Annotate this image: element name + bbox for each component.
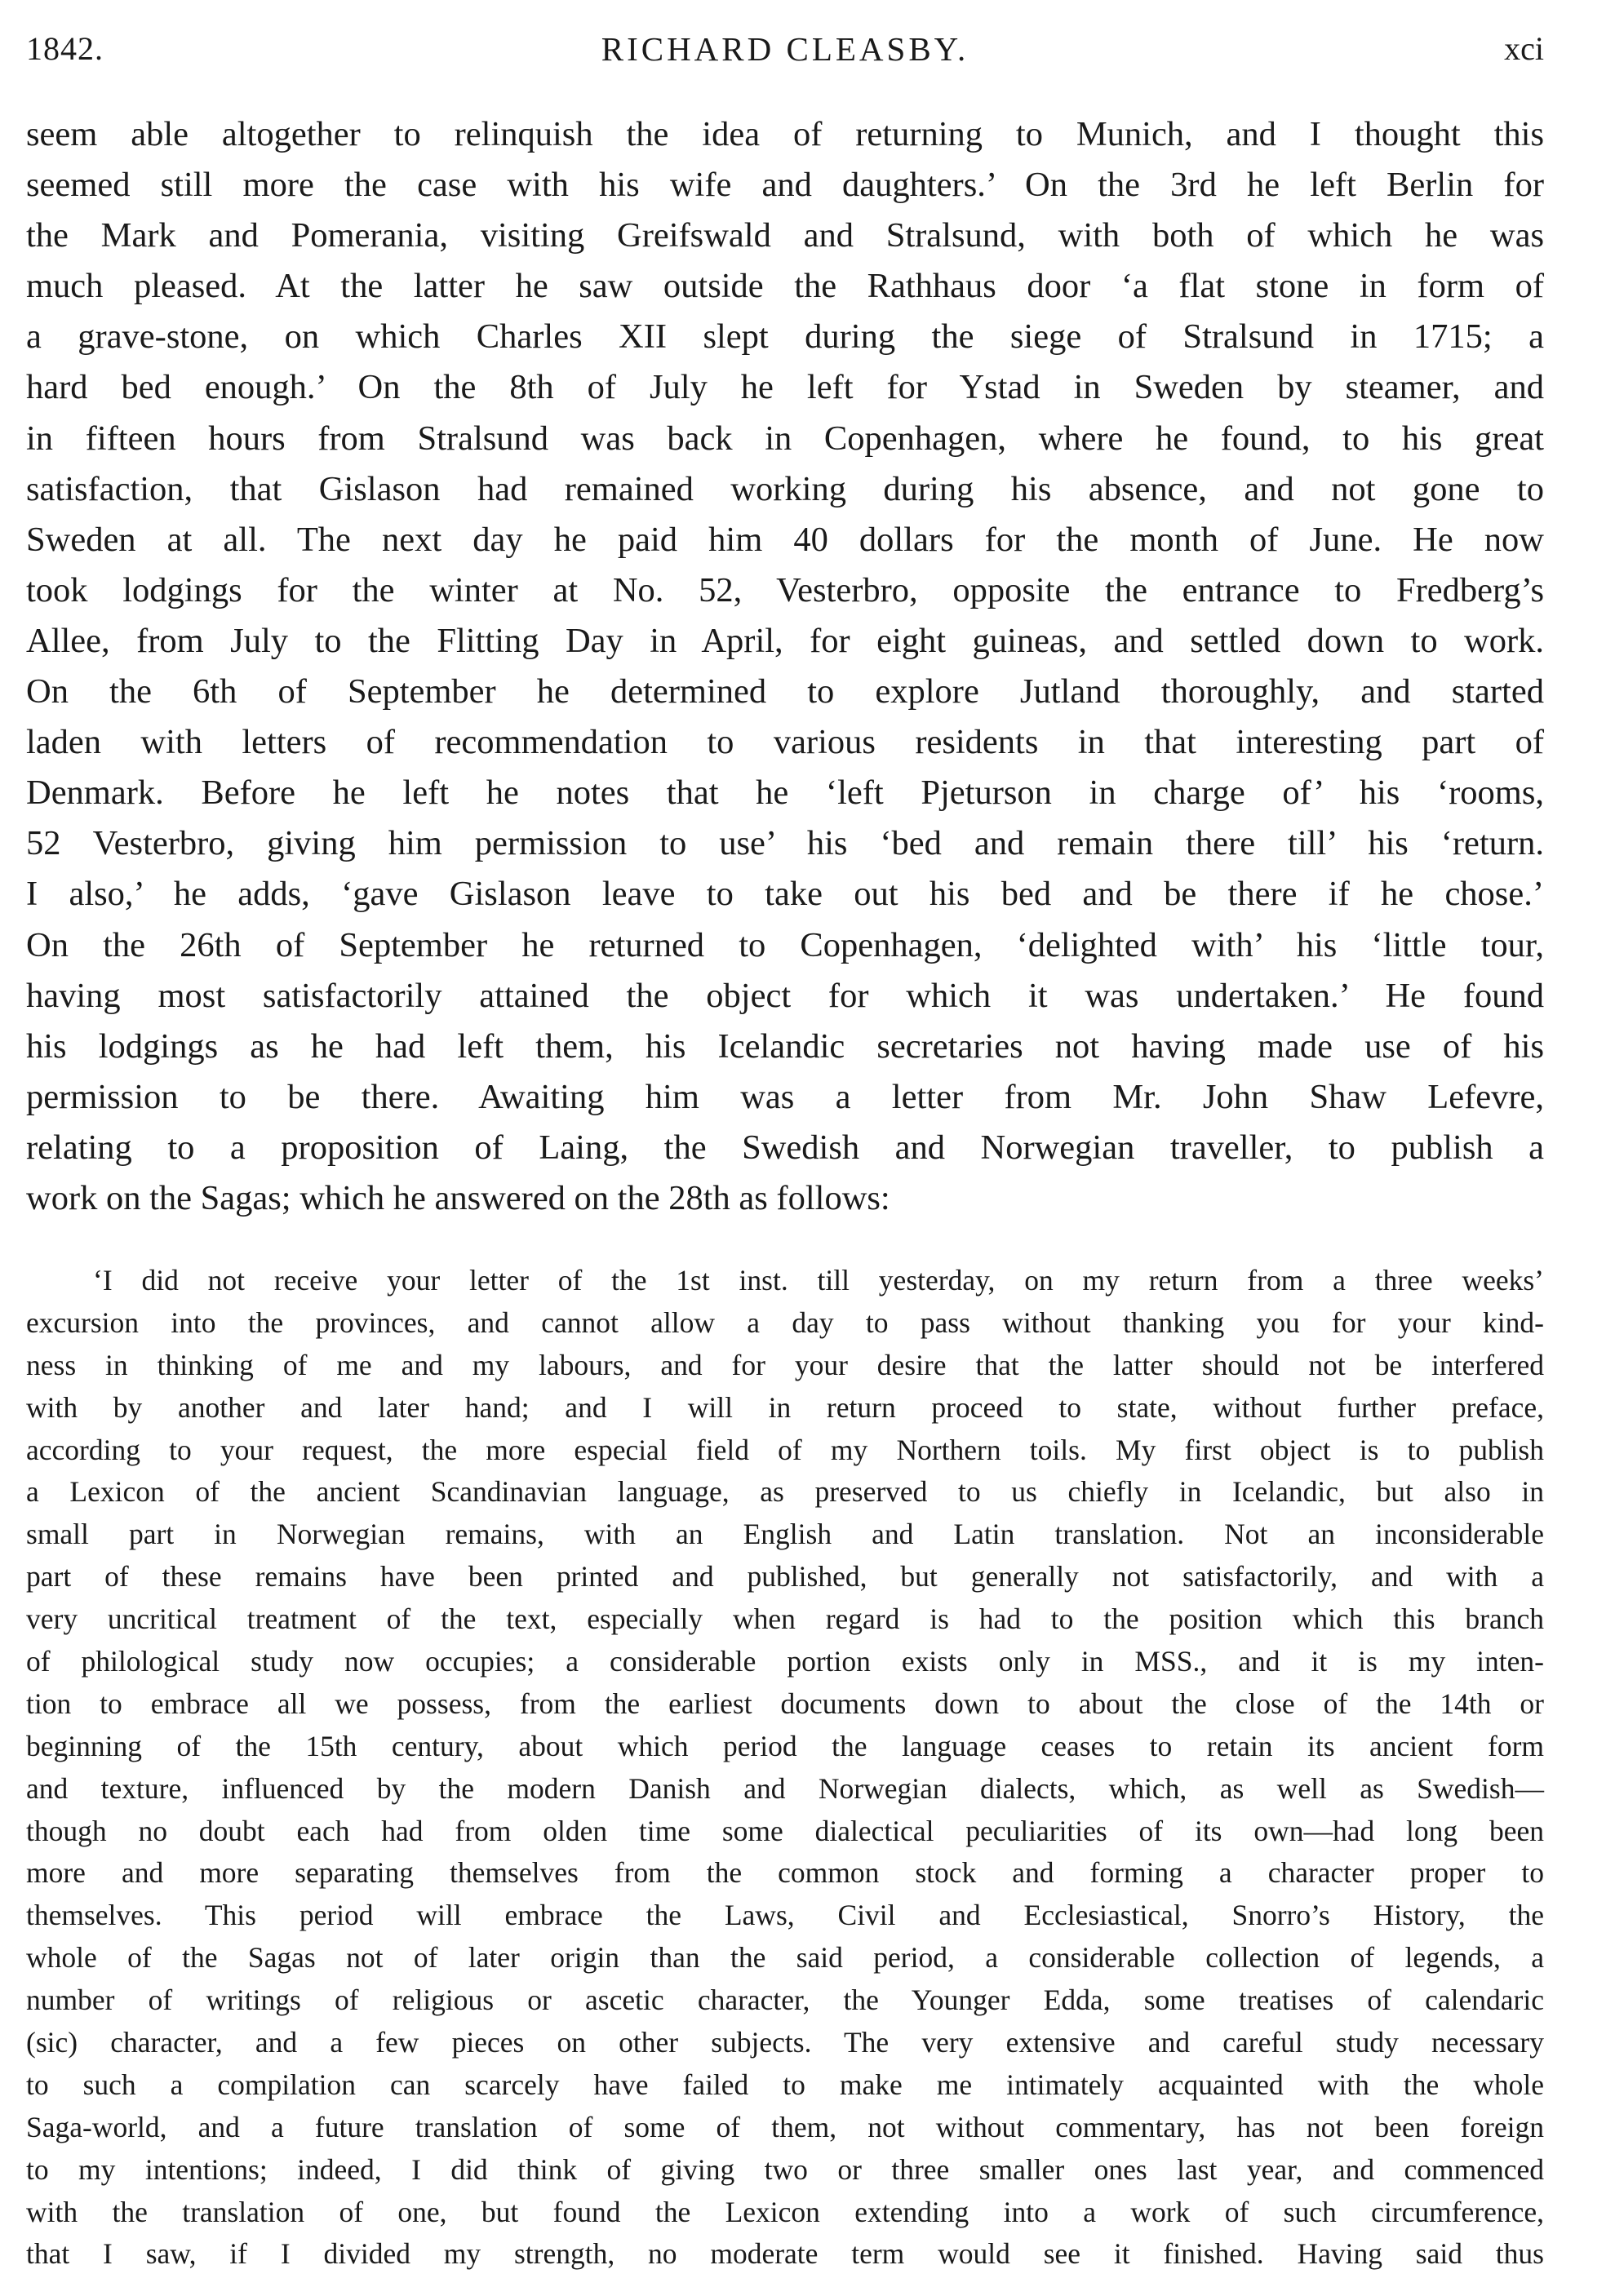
page-number: xci [1504, 24, 1544, 73]
body-line: having most satisfactorily attained the … [26, 971, 1544, 1022]
body-paragraph: seem able altogether to relinquish the i… [26, 109, 1544, 1224]
body-line: seemed still more the case with his wife… [26, 160, 1544, 211]
quote-line: tion to embrace all we possess, from the… [26, 1683, 1544, 1726]
body-line: permission to be there. Awaiting him was… [26, 1072, 1544, 1123]
quote-line: that I saw, if I divided my strength, no… [26, 2233, 1544, 2276]
body-line: much pleased. At the latter he saw outsi… [26, 261, 1544, 312]
quote-line: with the translation of one, but found t… [26, 2192, 1544, 2234]
running-head: 1842. RICHARD CLEASBY. xci [26, 24, 1544, 73]
body-line: hard bed enough.’ On the 8th of July he … [26, 362, 1544, 413]
body-line: the Mark and Pomerania, visiting Greifsw… [26, 211, 1544, 261]
quote-line: very uncritical treatment of the text, e… [26, 1598, 1544, 1641]
quote-line: Saga-world, and a future translation of … [26, 2107, 1544, 2149]
quote-line: (sic) character, and a few pieces on oth… [26, 2022, 1544, 2064]
quote-line: whole of the Sagas not of later origin t… [26, 1937, 1544, 1979]
quote-line: though no doubt each had from olden time… [26, 1811, 1544, 1853]
body-line: seem able altogether to relinquish the i… [26, 109, 1544, 160]
quote-line: small part in Norwegian remains, with an… [26, 1514, 1544, 1556]
quote-line: more and more separating themselves from… [26, 1852, 1544, 1895]
quote-line: ‘I did not receive your letter of the 1s… [26, 1260, 1544, 1302]
quote-line: of philological study now occupies; a co… [26, 1641, 1544, 1683]
quote-line: number of writings of religious or ascet… [26, 1979, 1544, 2022]
quote-line: excursion into the provinces, and cannot… [26, 1302, 1544, 1345]
quote-line: beginning of the 15th century, about whi… [26, 1726, 1544, 1768]
body-line: On the 26th of September he returned to … [26, 920, 1544, 971]
body-line: Denmark. Before he left he notes that he… [26, 768, 1544, 818]
quote-line: themselves. This period will embrace the… [26, 1895, 1544, 1937]
body-line: 52 Vesterbro, giving him permission to u… [26, 818, 1544, 869]
quote-line: and texture, influenced by the modern Da… [26, 1768, 1544, 1811]
body-line: a grave-stone, on which Charles XII slep… [26, 312, 1544, 362]
quote-line: a Lexicon of the ancient Scandinavian la… [26, 1471, 1544, 1514]
body-line: laden with letters of recommendation to … [26, 717, 1544, 768]
quote-line: ness in thinking of me and my labours, a… [26, 1345, 1544, 1387]
running-head-title: RICHARD CLEASBY. [26, 24, 1544, 73]
body-line: satisfaction, that Gislason had remained… [26, 464, 1544, 515]
quote-line: with by another and later hand; and I wi… [26, 1387, 1544, 1429]
body-line: in fifteen hours from Stralsund was back… [26, 414, 1544, 464]
body-line: On the 6th of September he determined to… [26, 667, 1544, 717]
body-line: work on the Sagas; which he answered on … [26, 1173, 1544, 1224]
quote-line: to my intentions; indeed, I did think of… [26, 2149, 1544, 2192]
quote-line: according to your request, the more espe… [26, 1429, 1544, 1472]
body-line: relating to a proposition of Laing, the … [26, 1123, 1544, 1173]
quoted-letter: ‘I did not receive your letter of the 1s… [26, 1260, 1544, 2276]
body-line: Sweden at all. The next day he paid him … [26, 515, 1544, 565]
body-line: I also,’ he adds, ‘gave Gislason leave t… [26, 869, 1544, 920]
quote-line: to such a compilation can scarcely have … [26, 2064, 1544, 2107]
quote-line: part of these remains have been printed … [26, 1556, 1544, 1598]
body-line: Allee, from July to the Flitting Day in … [26, 616, 1544, 667]
body-line: his lodgings as he had left them, his Ic… [26, 1022, 1544, 1072]
body-line: took lodgings for the winter at No. 52, … [26, 565, 1544, 616]
